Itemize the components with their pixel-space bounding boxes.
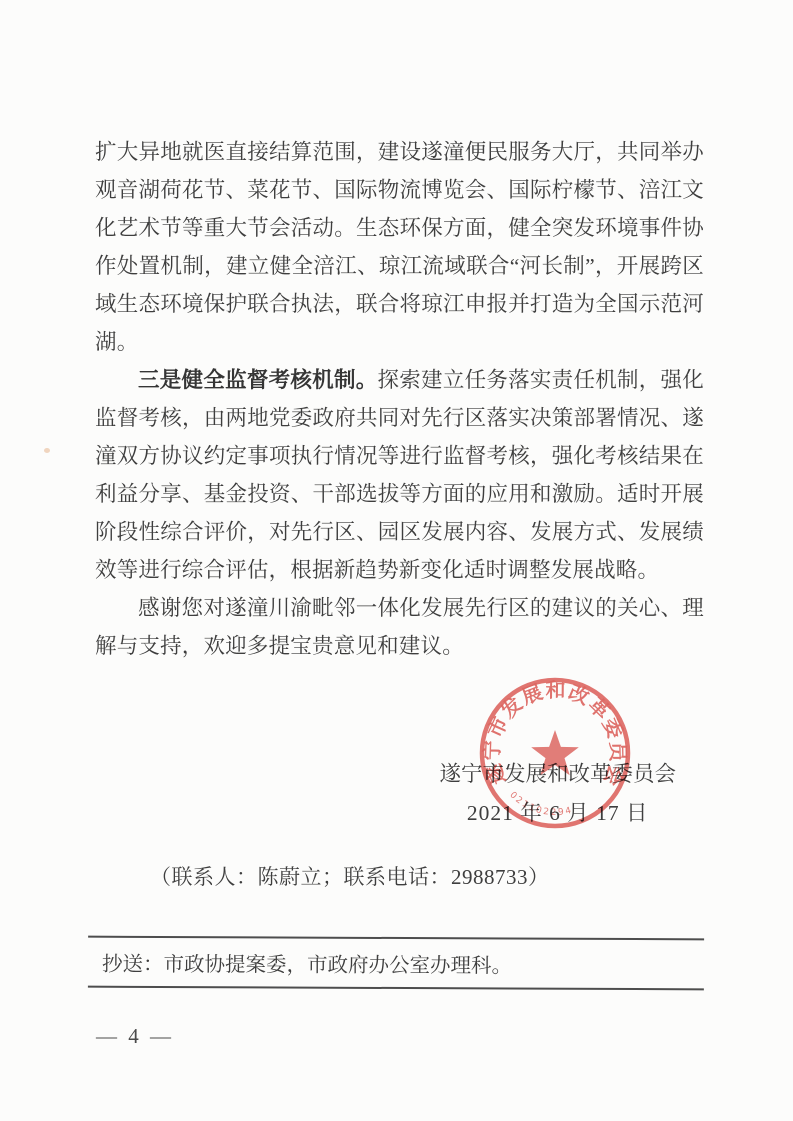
paragraph-body-text: 探索建立任务落实责任机制，强化监督考核，由两地党委政府共同对先行区落实决策部署情…: [95, 368, 704, 582]
page-number: — 4 —: [96, 1024, 174, 1049]
cc-line: 抄送：市政协提案委，市政府办公室办理科。: [88, 938, 704, 989]
paragraph-lead-bold: 三是健全监督考核机制。: [138, 368, 378, 392]
signature-block: 遂宁市发展和改革委员会 2021 年 6 月 17 日: [439, 755, 676, 833]
body-text-block: 扩大异地就医直接结算范围，建设遂潼便民服务大厅，共同举办观音湖荷花节、菜花节、国…: [95, 133, 704, 665]
paragraph-supervision: 三是健全监督考核机制。探索建立任务落实责任机制，强化监督考核，由两地党委政府共同…: [95, 361, 704, 589]
signature-organization: 遂宁市发展和改革委员会: [439, 755, 676, 794]
cc-footer-block: 抄送：市政协提案委，市政府办公室办理科。: [88, 936, 704, 991]
paragraph-thanks: 感谢您对遂潼川渝毗邻一体化发展先行区的建议的关心、理解与支持，欢迎多提宝贵意见和…: [95, 589, 704, 665]
paragraph-continuation: 扩大异地就医直接结算范围，建设遂潼便民服务大厅，共同举办观音湖荷花节、菜花节、国…: [95, 133, 704, 361]
contact-line: （联系人：陈蔚立；联系电话：2988733）: [150, 861, 550, 891]
scan-artifact-speck: [44, 448, 50, 453]
document-page: 扩大异地就医直接结算范围，建设遂潼便民服务大厅，共同举办观音湖荷花节、菜花节、国…: [0, 0, 793, 1121]
signature-date: 2021 年 6 月 17 日: [439, 794, 676, 833]
